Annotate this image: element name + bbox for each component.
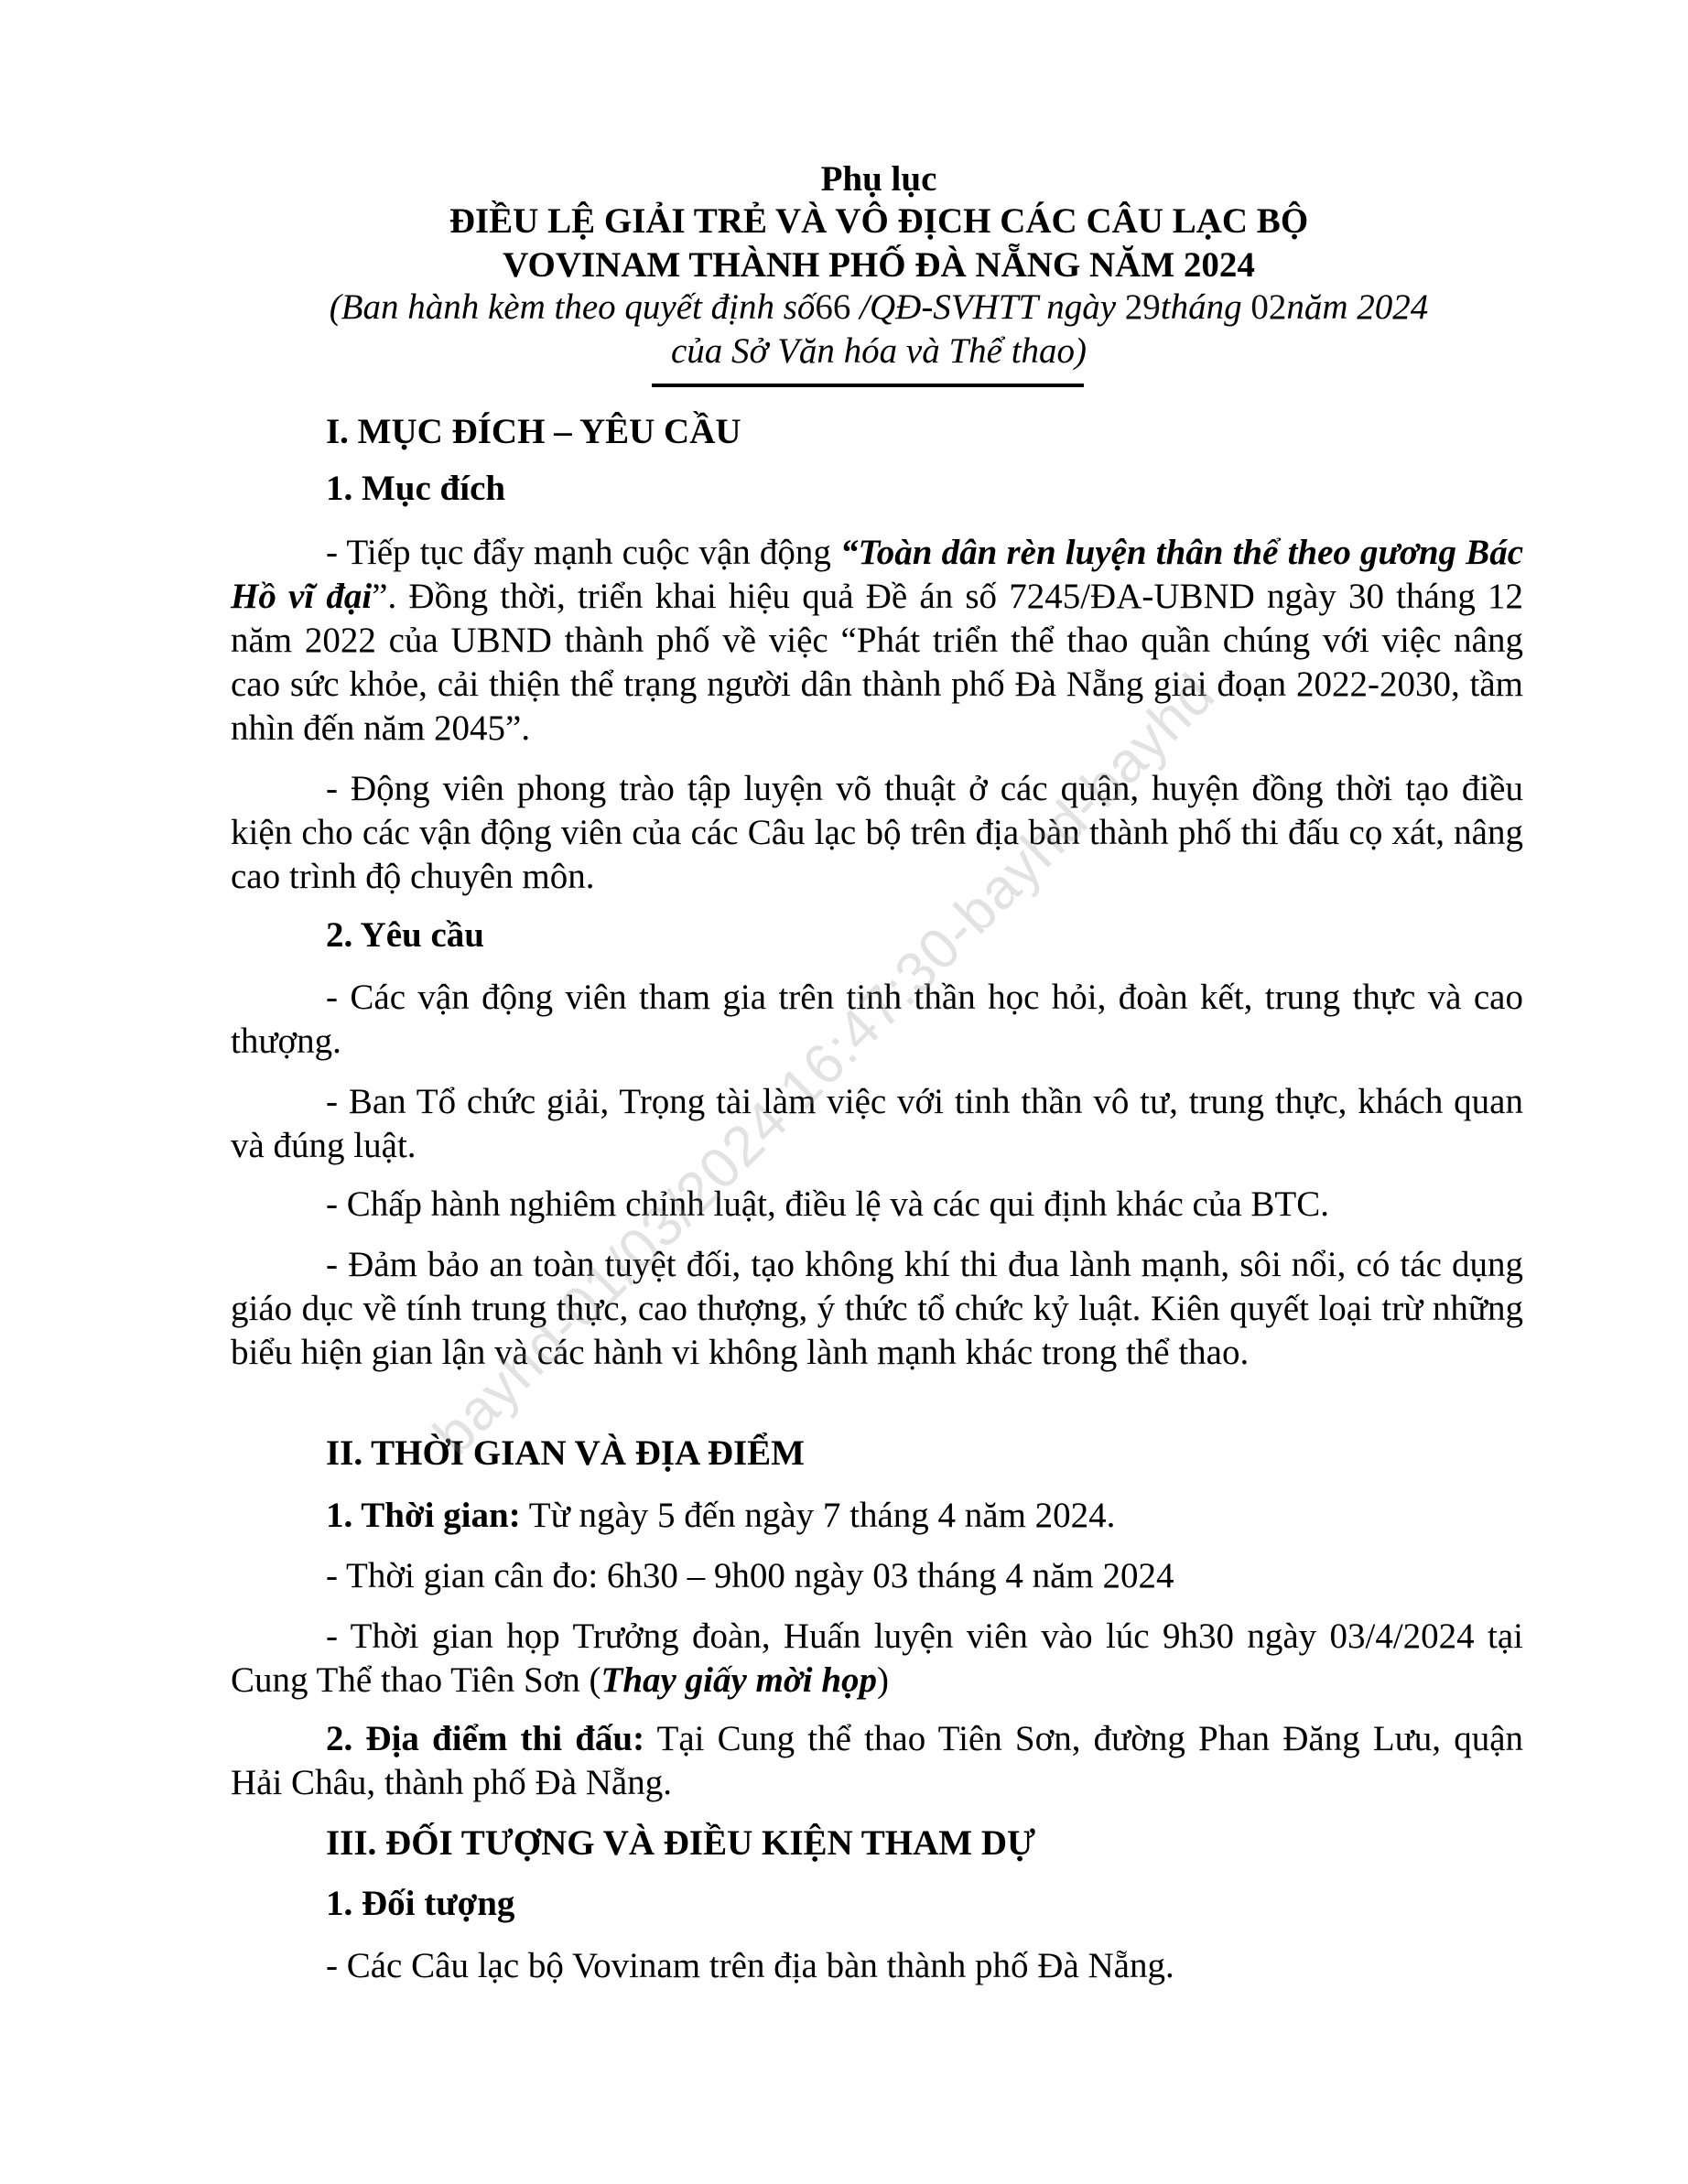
- section-3-paragraph-1: - Các Câu lạc bộ Vovinam trên địa bàn th…: [231, 1944, 1523, 1988]
- meeting-note: Thay giấy mời họp: [601, 1660, 878, 1700]
- section-1-paragraph-5: - Chấp hành nghiêm chỉnh luật, điều lệ v…: [231, 1183, 1523, 1227]
- issued-note-line-1: (Ban hành kèm theo quyết định số66 /QĐ-S…: [229, 286, 1529, 330]
- weigh-in-line: - Thời gian cân đo: 6h30 – 9h00 ngày 03 …: [231, 1554, 1523, 1598]
- decision-number: 66: [815, 287, 850, 327]
- section-1-paragraph-1: - Tiếp tục đẩy mạnh cuộc vận động “Toàn …: [231, 531, 1523, 751]
- section-1-heading: I. MỤC ĐÍCH – YÊU CẦU: [326, 410, 741, 454]
- section-3-sub-1-heading: 1. Đối tượng: [326, 1882, 514, 1926]
- section-1-paragraph-6: - Đảm bảo an toàn tuyệt đối, tạo không k…: [231, 1243, 1523, 1375]
- section-2-heading: II. THỜI GIAN VÀ ĐỊA ĐIỂM: [326, 1432, 805, 1476]
- issued-day: 29: [1125, 287, 1161, 327]
- section-1-sub-2-heading: 2. Yêu cầu: [326, 914, 484, 957]
- issued-month: 02: [1250, 287, 1286, 327]
- meeting-line: - Thời gian họp Trưởng đoàn, Huấn luyện …: [231, 1615, 1523, 1703]
- document-page: Phụ lục ĐIỀU LỆ GIẢI TRẺ VÀ VÔ ĐỊCH CÁC …: [0, 0, 1688, 2184]
- venue-line: 2. Địa điểm thi đấu: Tại Cung thể thao T…: [231, 1717, 1523, 1805]
- venue-label: 2. Địa điểm thi đấu:: [326, 1719, 644, 1758]
- time-label: 1. Thời gian:: [326, 1496, 521, 1535]
- section-1-paragraph-2: - Động viên phong trào tập luyện võ thuậ…: [231, 767, 1523, 899]
- section-3-heading: III. ĐỐI TƯỢNG VÀ ĐIỀU KIỆN THAM DỰ: [326, 1822, 1035, 1865]
- issued-note-line-2: của Sở Văn hóa và Thể thao): [229, 330, 1529, 373]
- section-1-paragraph-3: - Các vận động viên tham gia trên tinh t…: [231, 976, 1523, 1064]
- time-line: 1. Thời gian: Từ ngày 5 đến ngày 7 tháng…: [231, 1494, 1523, 1538]
- header-divider: [652, 384, 1084, 387]
- appendix-label: Phụ lục: [229, 157, 1529, 201]
- document-title-line-1: ĐIỀU LỆ GIẢI TRẺ VÀ VÔ ĐỊCH CÁC CÂU LẠC …: [229, 200, 1529, 243]
- section-1-paragraph-4: - Ban Tổ chức giải, Trọng tài làm việc v…: [231, 1080, 1523, 1168]
- document-title-line-2: VOVINAM THÀNH PHỐ ĐÀ NẴNG NĂM 2024: [229, 243, 1529, 287]
- section-1-sub-1-heading: 1. Mục đích: [326, 467, 505, 511]
